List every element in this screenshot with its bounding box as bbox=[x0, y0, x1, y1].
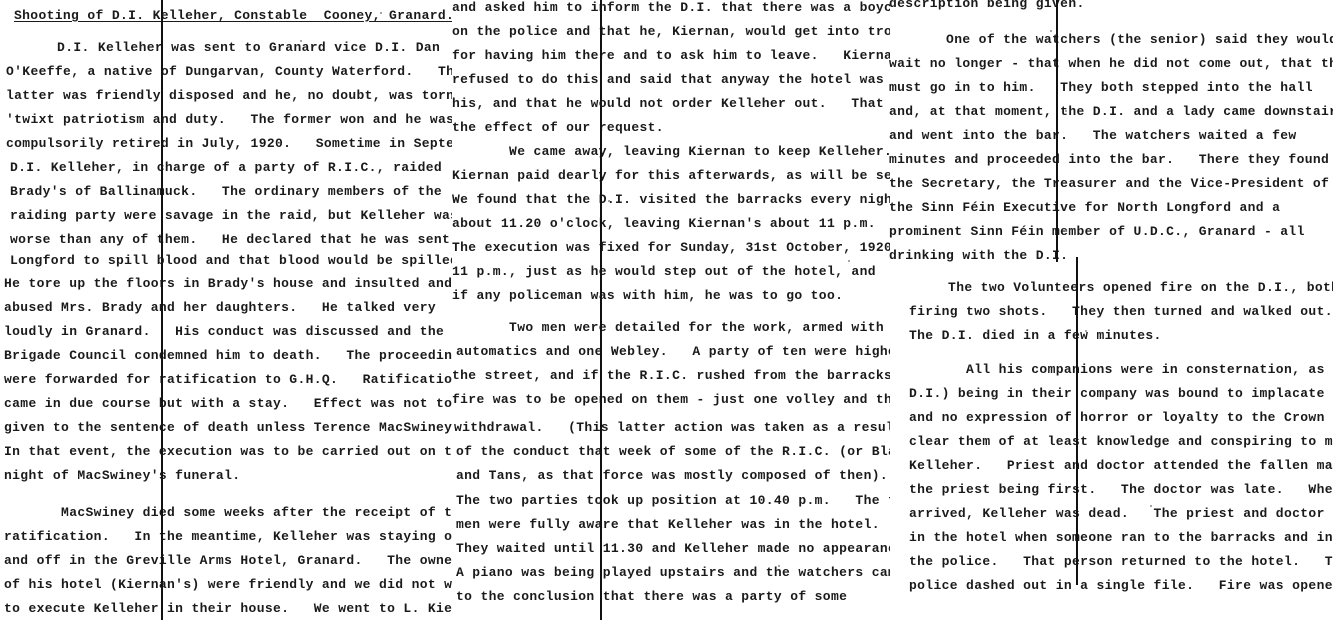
text-line: Brady's of Ballinamuck. The ordinary mem… bbox=[10, 184, 442, 200]
page-column-1: Shooting of D.I. Kelleher, Constable Coo… bbox=[0, 0, 452, 620]
text-line: and no expression of horror or loyalty t… bbox=[909, 410, 1333, 426]
text-line: refused to do this and said that anyway … bbox=[452, 72, 890, 88]
scan-fold-line bbox=[600, 0, 602, 430]
text-line: the Sinn Féin Executive for North Longfo… bbox=[889, 200, 1280, 216]
text-line: D.I. Kelleher was sent to Granard vice D… bbox=[0, 40, 440, 56]
text-line: Two men were detailed for the work, arme… bbox=[452, 320, 890, 336]
text-line: given to the sentence of death unless Te… bbox=[4, 420, 452, 436]
text-line: Kelleher. Priest and doctor attended the… bbox=[909, 458, 1333, 474]
scan-speck bbox=[300, 40, 302, 42]
scan-speck bbox=[1065, 230, 1067, 232]
text-line: abused Mrs. Brady and her daughters. He … bbox=[4, 300, 436, 316]
text-line: 11 p.m., just as he would step out of th… bbox=[452, 264, 876, 280]
text-line: for having him there and to ask him to l… bbox=[452, 48, 890, 64]
text-line: All his companions were in consternation… bbox=[909, 362, 1333, 378]
text-line: must go in to him. They both stepped int… bbox=[889, 80, 1313, 96]
text-line: 'twixt patriotism and duty. The former w… bbox=[6, 112, 452, 128]
text-line: They waited until 11.30 and Kelleher mad… bbox=[456, 541, 890, 557]
text-line: Kiernan paid dearly for this afterwards,… bbox=[452, 168, 890, 184]
scan-fold-line bbox=[600, 430, 602, 620]
text-line: The execution was fixed for Sunday, 31st… bbox=[452, 240, 890, 256]
text-line: to execute Kelleher in their house. We w… bbox=[4, 601, 452, 617]
text-line: of his hotel (Kiernan's) were friendly a… bbox=[4, 577, 452, 593]
text-line: about 11.20 o'clock, leaving Kiernan's a… bbox=[452, 216, 876, 232]
text-line: worse than any of them. He declared that… bbox=[10, 232, 452, 248]
text-line: compulsorily retired in July, 1920. Some… bbox=[6, 136, 452, 152]
text-line: O'Keeffe, a native of Dungarvan, County … bbox=[6, 64, 452, 80]
text-line: of the conduct that week of some of the … bbox=[456, 444, 890, 460]
text-line: wait no longer - that when he did not co… bbox=[889, 56, 1333, 72]
text-line: on the police and that he, Kiernan, woul… bbox=[452, 24, 890, 40]
text-line: Longford to spill blood and that blood w… bbox=[10, 253, 452, 269]
scan-speck bbox=[380, 12, 382, 14]
scan-speck bbox=[1065, 110, 1067, 112]
text-line: arrived, Kelleher was dead. The priest a… bbox=[909, 506, 1333, 522]
text-line: the police. That person returned to the … bbox=[909, 554, 1333, 570]
scan-speck bbox=[1085, 330, 1087, 332]
page-column-2: and asked him to inform the D.I. that th… bbox=[448, 0, 890, 620]
scan-fold-line bbox=[161, 0, 163, 620]
text-line: and asked him to inform the D.I. that th… bbox=[452, 0, 890, 16]
text-line: loudly in Granard. His conduct was discu… bbox=[4, 324, 444, 340]
text-line: prominent Sinn Féin member of U.D.C., Gr… bbox=[889, 224, 1305, 240]
text-line: the Secretary, the Treasurer and the Vic… bbox=[889, 176, 1329, 192]
text-line: fire was to be opened on them - just one… bbox=[452, 392, 890, 408]
text-line: latter was friendly disposed and he, no … bbox=[6, 88, 452, 104]
scan-speck bbox=[1050, 30, 1052, 32]
text-line: firing two shots. They then turned and w… bbox=[909, 304, 1333, 320]
text-line: and, at that moment, the D.I. and a lady… bbox=[889, 104, 1333, 120]
text-line: raiding party were savage in the raid, b… bbox=[10, 208, 452, 224]
text-line: ratification. In the meantime, Kelleher … bbox=[4, 529, 452, 545]
text-line: We found that the D.I. visited the barra… bbox=[452, 192, 890, 208]
text-line: night of MacSwiney's funeral. bbox=[4, 468, 240, 484]
text-line: in the hotel when someone ran to the bar… bbox=[909, 530, 1333, 546]
text-line: withdrawal. (This latter action was take… bbox=[454, 420, 890, 436]
text-line: were forwarded for ratification to G.H.Q… bbox=[4, 372, 452, 388]
text-line: police dashed out in a single file. Fire… bbox=[909, 578, 1333, 594]
text-line: drinking with the D.I. bbox=[889, 248, 1068, 264]
document-title: Shooting of D.I. Kelleher, Constable Coo… bbox=[14, 8, 452, 24]
text-line: if any policeman was with him, he was to… bbox=[452, 288, 843, 304]
text-line: minutes and proceeded into the bar. Ther… bbox=[889, 152, 1329, 168]
text-line: the effect of our request. bbox=[452, 120, 664, 136]
text-line: MacSwiney died some weeks after the rece… bbox=[4, 505, 452, 521]
text-line: D.I. Kelleher, in charge of a party of R… bbox=[10, 160, 442, 176]
text-line: clear them of at least knowledge and con… bbox=[909, 434, 1333, 450]
text-line: In that event, the execution was to be c… bbox=[4, 444, 452, 460]
scan-speck bbox=[778, 565, 780, 567]
text-line: and went into the bar. The watchers wait… bbox=[889, 128, 1297, 144]
text-line: He tore up the floors in Brady's house a… bbox=[4, 276, 452, 292]
scan-speck bbox=[1150, 505, 1152, 507]
text-line: The two parties took up position at 10.4… bbox=[456, 493, 890, 509]
text-line: automatics and one Webley. A party of te… bbox=[456, 344, 890, 360]
text-line: We came away, leaving Kiernan to keep Ke… bbox=[452, 144, 890, 160]
text-line: D.I.) being in their company was bound t… bbox=[909, 386, 1333, 402]
text-line: the priest being first. The doctor was l… bbox=[909, 482, 1333, 498]
page-column-3: description being given. One of the watc… bbox=[885, 0, 1333, 620]
text-line: men were fully aware that Kelleher was i… bbox=[456, 517, 880, 533]
text-line: to the conclusion that there was a party… bbox=[456, 589, 847, 605]
scan-speck bbox=[608, 200, 610, 202]
text-line: One of the watchers (the senior) said th… bbox=[889, 32, 1333, 48]
text-line: and Tans, as that force was mostly compo… bbox=[456, 468, 888, 484]
text-line: A piano was being played upstairs and th… bbox=[456, 565, 890, 581]
scan-fold-line bbox=[1076, 257, 1078, 585]
text-line: his, and that he would not order Kellehe… bbox=[452, 96, 890, 112]
scan-speck bbox=[848, 260, 850, 262]
scan-fold-line bbox=[1056, 0, 1058, 262]
text-line: came in due course but with a stay. Effe… bbox=[4, 396, 452, 412]
text-line: The D.I. died in a few minutes. bbox=[909, 328, 1162, 344]
text-line: the street, and if the R.I.C. rushed fro… bbox=[452, 368, 890, 384]
text-line: Brigade Council condemned him to death. … bbox=[4, 348, 452, 364]
text-line: The two Volunteers opened fire on the D.… bbox=[891, 280, 1333, 296]
text-line: and off in the Greville Arms Hotel, Gran… bbox=[4, 553, 452, 569]
